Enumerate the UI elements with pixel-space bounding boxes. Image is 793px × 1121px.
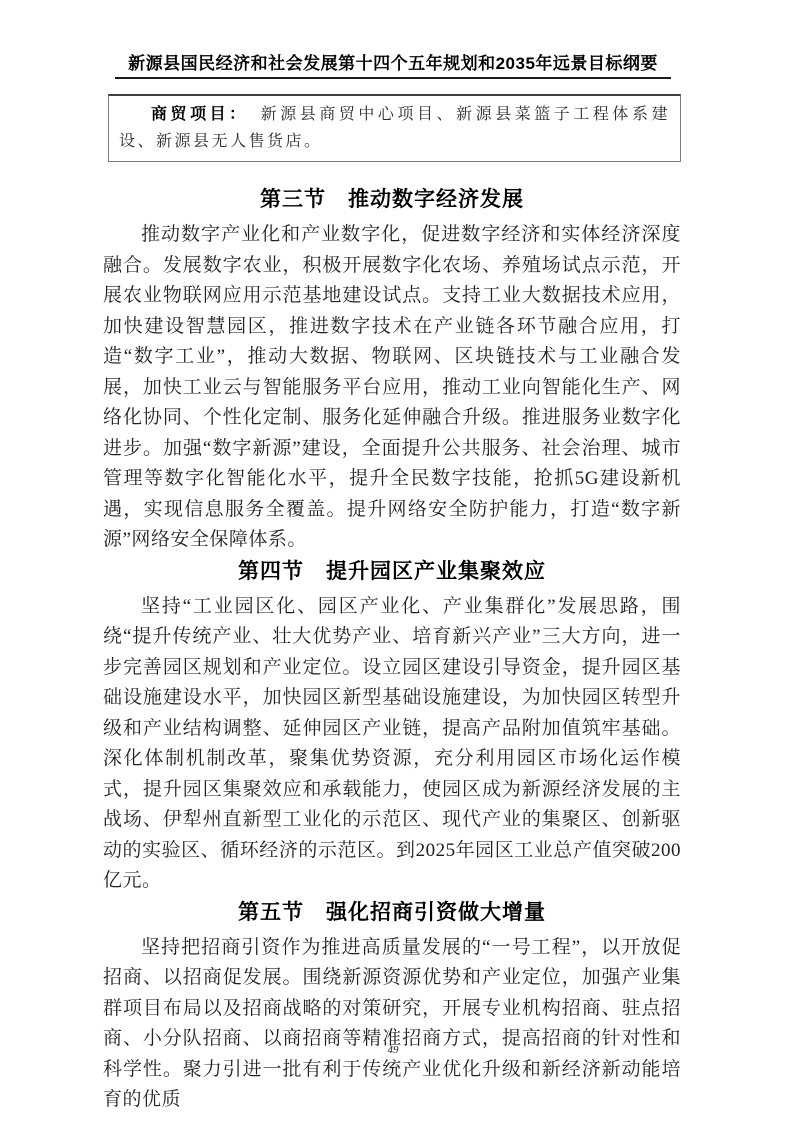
document-page: 新源县国民经济和社会发展第十四个五年规划和2035年远景目标纲要 商贸项目：新源…: [0, 0, 793, 1121]
callout-label: 商贸项目：: [151, 106, 249, 123]
section-3-paragraph: 推动数字产业化和产业数字化，促进数字经济和实体经济深度融合。发展数字农业，积极开…: [103, 220, 681, 556]
running-header: 新源县国民经济和社会发展第十四个五年规划和2035年远景目标纲要: [103, 54, 683, 79]
section-digital-economy: 第三节 推动数字经济发展 推动数字产业化和产业数字化，促进数字经济和实体经济深度…: [103, 188, 681, 556]
section-4-paragraph: 坚持“工业园区化、园区产业化、产业集群化”发展思路，围绕“提升传统产业、壮大优势…: [103, 592, 681, 897]
section-5-heading: 第五节 强化招商引资做大增量: [103, 901, 681, 924]
trade-projects-callout-box: 商贸项目：新源县商贸中心项目、新源县菜篮子工程体系建设、新源县无人售货店。: [108, 94, 681, 162]
header-divider: [115, 77, 671, 79]
section-5-paragraph: 坚持把招商引资作为推进高质量发展的“一号工程”，以开放促招商、以招商促发展。围绕…: [103, 933, 681, 1116]
page-footer: 49: [103, 1040, 683, 1058]
section-4-heading: 第四节 提升园区产业集聚效应: [103, 560, 681, 583]
section-investment-promotion: 第五节 强化招商引资做大增量 坚持把招商引资作为推进高质量发展的“一号工程”，以…: [103, 901, 681, 1116]
document-header-title: 新源县国民经济和社会发展第十四个五年规划和2035年远景目标纲要: [103, 54, 683, 74]
page-content: 商贸项目：新源县商贸中心项目、新源县菜篮子工程体系建设、新源县无人售货店。 第三…: [103, 94, 681, 1119]
callout-paragraph: 商贸项目：新源县商贸中心项目、新源县菜篮子工程体系建设、新源县无人售货店。: [119, 101, 670, 155]
section-industrial-park: 第四节 提升园区产业集聚效应 坚持“工业园区化、园区产业化、产业集群化”发展思路…: [103, 560, 681, 897]
section-3-heading: 第三节 推动数字经济发展: [103, 188, 681, 211]
page-number: 49: [388, 1044, 399, 1056]
